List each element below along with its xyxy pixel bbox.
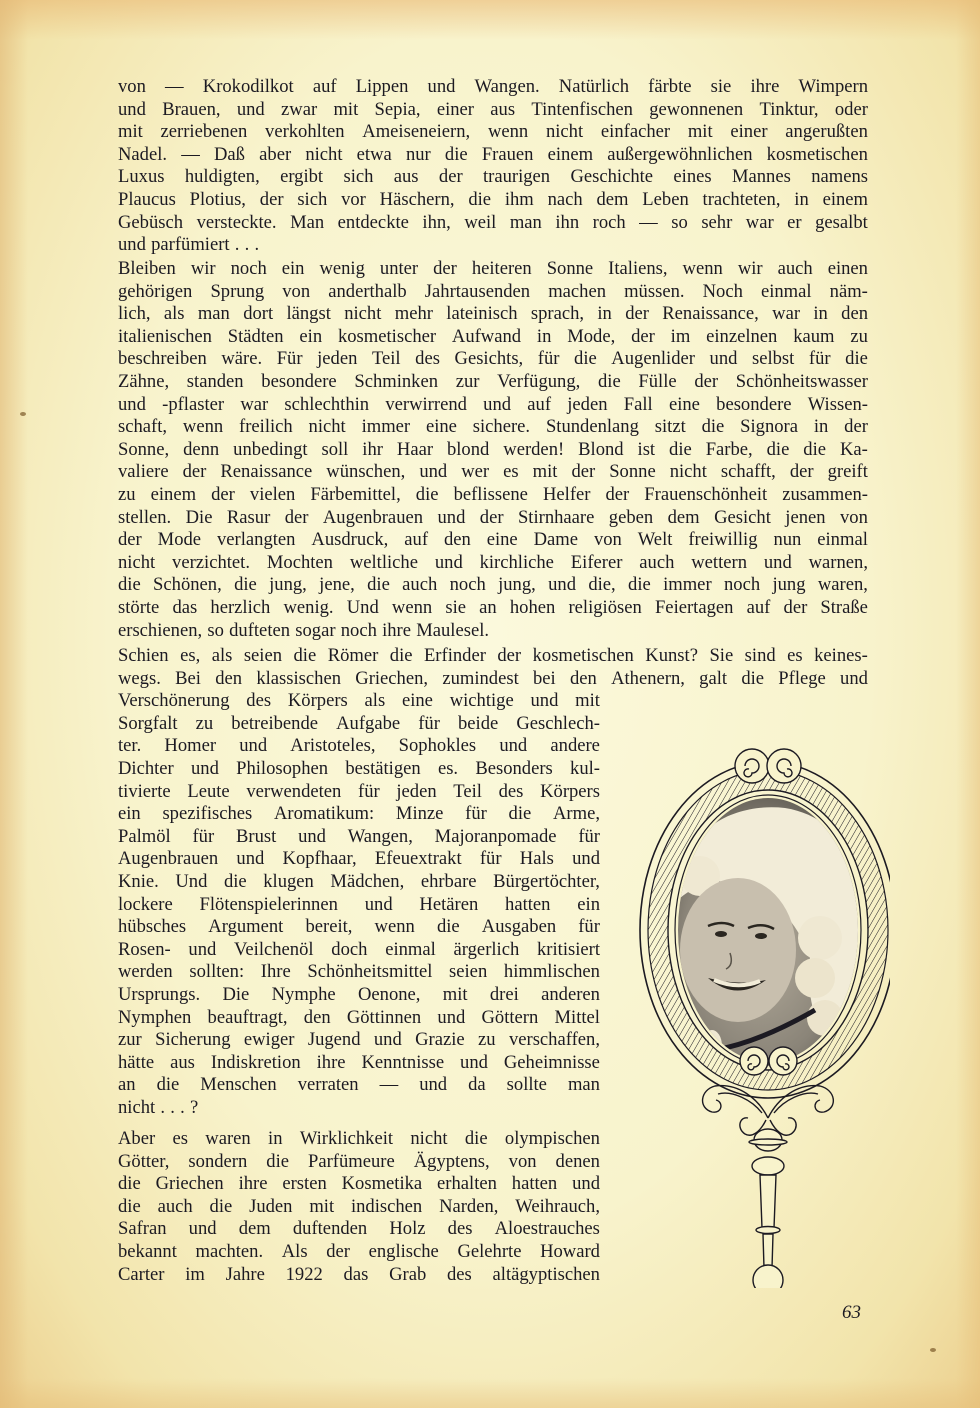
word: sichere. — [473, 416, 530, 439]
word: Carter — [118, 1264, 164, 1287]
word: auch — [158, 1196, 193, 1219]
word: Körpers — [540, 781, 600, 804]
word: Farbe, — [706, 439, 753, 462]
word: Aufgabe — [336, 713, 400, 736]
word: mit — [118, 121, 143, 144]
word: und — [483, 394, 511, 417]
word: roch — [593, 212, 626, 235]
word: noch — [724, 574, 760, 597]
word: Bleiben — [118, 258, 176, 281]
word: jeden — [396, 781, 436, 804]
word: es. — [438, 758, 458, 781]
word: als — [164, 303, 185, 326]
word: zu — [196, 713, 214, 736]
word: sind — [745, 645, 776, 668]
word: Mittel — [555, 1007, 600, 1030]
word: auch — [402, 574, 437, 597]
word: beschreiben — [118, 348, 207, 371]
paper-edge-left — [0, 0, 28, 1408]
word: entdeckte — [338, 212, 409, 235]
word: jung, — [498, 574, 536, 597]
word: Ägyptens, — [414, 1151, 490, 1174]
word: Narden, — [439, 1196, 498, 1219]
word: . — [245, 234, 250, 257]
word: wenig — [319, 258, 364, 281]
word: einem — [823, 189, 868, 212]
word: einzelnen — [706, 326, 777, 349]
word: etwa — [357, 144, 392, 167]
word: von — [840, 507, 868, 530]
word: Sicherung — [155, 1029, 230, 1052]
word: die — [266, 1151, 289, 1174]
word: ärgerlich — [454, 939, 520, 962]
text-line: von—KrokodilkotaufLippenundWangen.Natürl… — [118, 76, 868, 99]
word: Man — [290, 212, 324, 235]
word: Kosmetika — [342, 1173, 423, 1196]
word: es — [172, 1128, 188, 1151]
word: andere — [550, 735, 600, 758]
word: ein — [577, 894, 600, 917]
text-line: mitzerriebenenverkohltenAmeiseneiern,wen… — [118, 121, 868, 144]
word: freiwillig — [688, 529, 757, 552]
word: einfacher — [601, 121, 670, 144]
word: Fall — [624, 394, 653, 417]
word: Krokodilkot — [203, 76, 294, 99]
word: von — [509, 1151, 537, 1174]
text-line: hübschesArgumentbereit,wenndieAusgabenfü… — [118, 916, 600, 939]
word: sich — [343, 166, 373, 189]
word: zerriebenen — [161, 121, 248, 144]
word: Lippen — [356, 76, 409, 99]
word: Zähne, — [118, 371, 169, 394]
word: Körpers — [288, 690, 348, 713]
word: und — [437, 507, 465, 530]
text-line: gehörigenSprungvonanderthalbJahrtausende… — [118, 281, 868, 304]
word: erhalten — [437, 1173, 497, 1196]
word: die — [224, 871, 247, 894]
word: wenn — [375, 916, 415, 939]
word: müssen. — [624, 281, 684, 304]
word: bei — [533, 668, 556, 691]
word: jenen — [785, 507, 825, 530]
word: Sonne, — [118, 439, 169, 462]
word: soll — [321, 439, 348, 462]
word: Grab — [389, 1264, 426, 1287]
word: Mode — [158, 529, 201, 552]
word: Für — [277, 348, 303, 371]
word: Und — [347, 597, 379, 620]
word: sondern — [188, 1151, 247, 1174]
word: Haar — [397, 439, 433, 462]
word: jeden — [317, 348, 357, 371]
word: für — [192, 826, 214, 849]
word: lich, — [118, 303, 151, 326]
word: wir — [738, 258, 763, 281]
word: kul- — [570, 758, 600, 781]
word: Fülle — [638, 371, 676, 394]
word: Tintenfischen — [531, 99, 633, 122]
word: erschienen, — [118, 620, 202, 643]
word: längst — [286, 303, 330, 326]
word: oder — [835, 99, 868, 122]
word: Kunst? — [645, 645, 698, 668]
word: des — [447, 1264, 472, 1287]
word: — — [181, 144, 200, 167]
word: die — [468, 189, 491, 212]
word: gesalbt — [815, 212, 868, 235]
word: Verfügung, — [497, 371, 580, 394]
word: Verschönerung — [118, 690, 230, 713]
word: sprach, — [531, 303, 584, 326]
word: Ausgaben — [482, 916, 556, 939]
word: ein — [118, 803, 141, 826]
text-line: beschreibenwäre.FürjedenTeildesGesichts,… — [118, 348, 868, 371]
word: seien — [244, 645, 282, 668]
word: himmlischen — [504, 961, 600, 984]
word: besondere — [261, 371, 336, 394]
word: Frauen — [482, 144, 534, 167]
word: Als — [282, 1241, 308, 1264]
word: und — [419, 461, 447, 484]
word: anderen — [541, 984, 600, 1007]
text-line: undparfümiert... — [118, 234, 868, 257]
word: Palmöl — [118, 826, 171, 849]
word: die — [390, 645, 413, 668]
word: einmal — [761, 281, 812, 304]
word: hatten — [512, 1173, 557, 1196]
word: und — [460, 1052, 488, 1075]
word: kirchliche — [480, 552, 554, 575]
word: schaft, — [118, 416, 167, 439]
word: ihre — [317, 1052, 346, 1075]
text-line: valierederRenaissancewünschen,undweresmi… — [118, 461, 868, 484]
word: Griechen, — [355, 668, 428, 691]
text-line: dieGriechenihreerstenKosmetikaerhaltenha… — [118, 1173, 600, 1196]
word: die — [767, 439, 790, 462]
word: Sonne — [609, 461, 655, 484]
word: machen — [548, 281, 606, 304]
word: machten. — [195, 1241, 263, 1264]
word: Geschichte — [570, 166, 653, 189]
word: nur — [406, 144, 431, 167]
word: ihre — [750, 76, 779, 99]
word: auch — [639, 552, 674, 575]
word: Göttinnen — [347, 1007, 421, 1030]
word: war — [240, 394, 268, 417]
word: spezifisches — [162, 803, 252, 826]
word: duftenden — [293, 1218, 367, 1241]
word: Färbemittel, — [310, 484, 400, 507]
word: die — [574, 348, 597, 371]
word: sollte — [507, 1074, 547, 1097]
word: wäre. — [221, 348, 262, 371]
word: valiere — [118, 461, 169, 484]
word: Teil — [372, 348, 401, 371]
word: verkohlten — [265, 121, 345, 144]
word: zur — [456, 371, 480, 394]
word: und — [374, 1029, 402, 1052]
word: mit — [688, 121, 713, 144]
word: und — [428, 76, 456, 99]
word: selbst — [752, 348, 794, 371]
word: eines — [673, 166, 711, 189]
word: eine — [669, 394, 700, 417]
word: Wangen, — [348, 826, 413, 849]
word: eine — [402, 690, 433, 713]
text-line: werdensollten:IhreSchönheitsmittelseienh… — [118, 961, 600, 984]
word: Feiertagen — [655, 597, 733, 620]
word: und — [298, 826, 326, 849]
word: mit — [443, 984, 468, 1007]
text-line: PlaucusPlotius,dersichvorHäschern,dieihm… — [118, 189, 868, 212]
word: indischen — [351, 1196, 422, 1219]
word: galt — [699, 668, 727, 691]
paper-smudge — [930, 1348, 936, 1352]
word: als — [365, 690, 386, 713]
word: und — [419, 1074, 447, 1097]
word: und — [530, 690, 558, 713]
word: nicht — [118, 552, 155, 575]
text-line: Nadel.—DaßabernichtetwanurdieFraueneinem… — [118, 144, 868, 167]
word: Grazie — [415, 1029, 465, 1052]
word: noch — [231, 258, 267, 281]
text-line: SafranunddemduftendenHolzdesAloestrauche… — [118, 1218, 600, 1241]
word: Veilchenöl — [234, 939, 314, 962]
word: und — [237, 99, 265, 122]
word: religiösen — [568, 597, 641, 620]
word: sehr — [701, 212, 732, 235]
word: die — [118, 1196, 141, 1219]
word: den — [215, 668, 242, 691]
word: schafft, — [721, 461, 776, 484]
word: der — [480, 507, 504, 530]
word: zu — [478, 1029, 496, 1052]
word: Holz — [389, 1218, 425, 1241]
word: Jahre — [226, 1264, 265, 1287]
word: zusammen- — [782, 484, 868, 507]
paper-edge-bottom — [0, 1378, 980, 1408]
word: Maulesel. — [416, 620, 489, 643]
word: und — [118, 394, 146, 417]
word: ihm — [505, 189, 534, 212]
word: und — [188, 939, 216, 962]
word: zu — [850, 326, 868, 349]
word: nicht — [305, 144, 342, 167]
word: von — [282, 281, 310, 304]
word: des — [415, 348, 440, 371]
word: für — [418, 713, 440, 736]
word: klassischen — [256, 668, 341, 691]
text-line: derModeverlangtenAusdruck,aufdeneineDame… — [118, 529, 868, 552]
word: in — [813, 303, 827, 326]
word: Schönheitsmittel — [307, 961, 432, 984]
word: Wirklichkeit — [300, 1128, 393, 1151]
word: auf — [313, 76, 337, 99]
word: wenn — [488, 121, 528, 144]
word: Hals — [520, 848, 554, 871]
word: Die — [222, 984, 249, 1007]
word: auf — [747, 597, 771, 620]
word: Welt — [638, 529, 673, 552]
word: lateinisch — [446, 303, 517, 326]
word: ? — [190, 1097, 198, 1120]
text-line: Götter,sonderndieParfümeureÄgyptens,vond… — [118, 1151, 600, 1174]
word: und — [236, 848, 264, 871]
word: des — [499, 781, 524, 804]
word: namens — [811, 166, 868, 189]
word: verzichtet. — [172, 552, 250, 575]
text-line: SorgfaltzubetreibendeAufgabefürbeideGesc… — [118, 713, 600, 736]
word: der — [606, 484, 630, 507]
word: die — [628, 574, 651, 597]
word: Nymphe — [272, 984, 336, 1007]
word: Pflege — [778, 668, 826, 691]
word: nicht — [309, 416, 346, 439]
text-line: zurSicherungewigerJugendundGraziezuversc… — [118, 1029, 600, 1052]
word: die — [210, 1196, 233, 1219]
word: einen — [828, 258, 868, 281]
word: Schönheitswasser — [736, 371, 868, 394]
text-line: VerschönerungdesKörpersalseinewichtigeun… — [118, 690, 600, 713]
word: für — [809, 348, 831, 371]
word: in — [794, 189, 808, 212]
word: ihre — [239, 1173, 268, 1196]
word: Homer — [164, 735, 216, 758]
word: Sie — [709, 645, 733, 668]
word: drei — [490, 984, 519, 1007]
word: Nadel. — [118, 144, 167, 167]
word: die — [118, 1173, 141, 1196]
word: — — [165, 76, 184, 99]
word: der — [439, 166, 463, 189]
word: gehörigen — [118, 281, 192, 304]
word: ihre — [382, 620, 411, 643]
word: Straße — [820, 597, 868, 620]
word: auch — [778, 258, 813, 281]
word: gewonnenen — [649, 99, 743, 122]
word: Oenone, — [358, 984, 420, 1007]
word: wünschen, — [326, 461, 405, 484]
word: mit — [575, 690, 600, 713]
word: einmal — [817, 529, 868, 552]
word: versteckte. — [197, 212, 277, 235]
word: unter — [380, 258, 418, 281]
word: heiteren — [472, 258, 532, 281]
text-line: und-pflasterwarschlechthinverwirrendunda… — [118, 394, 868, 417]
word: und — [572, 1173, 600, 1196]
text-line: erschienen,soduftetensogarnochihreMaules… — [118, 620, 868, 643]
word: vor — [341, 189, 366, 212]
word: Nymphen — [118, 1007, 191, 1030]
word: sie — [445, 597, 466, 620]
word: Leben — [642, 189, 688, 212]
word: mit — [333, 99, 358, 122]
word: herzlich — [210, 597, 270, 620]
word: verwirrend — [385, 394, 467, 417]
word: die — [416, 484, 439, 507]
text-line: Sonne,dennunbedingtsollihrHaarblondwerde… — [118, 439, 868, 462]
word: in — [597, 303, 611, 326]
word: verschaffen, — [509, 1029, 600, 1052]
word: anderthalb — [328, 281, 406, 304]
text-line: AugenbrauenundKopfhaar,EfeuextraktfürHal… — [118, 848, 600, 871]
word: im — [671, 326, 691, 349]
word: altägyptischen — [493, 1264, 600, 1287]
word: so — [671, 212, 688, 235]
word: Minze — [396, 803, 444, 826]
text-line: PalmölfürBrustundWangen,Majoranpomadefür — [118, 826, 600, 849]
word: . — [180, 1097, 185, 1120]
word: einem — [548, 144, 593, 167]
word: sogar — [295, 620, 335, 643]
word: jung, — [269, 574, 307, 597]
word: kritisiert — [537, 939, 600, 962]
word: Flötenspielerinnen — [200, 894, 338, 917]
word: olympischen — [505, 1128, 600, 1151]
word: Italiens, — [608, 258, 667, 281]
word: . — [255, 234, 260, 257]
word: man — [568, 1074, 600, 1097]
word: klugen — [263, 871, 314, 894]
word: wenig. — [283, 597, 333, 620]
word: Noch — [703, 281, 743, 304]
word: waren — [205, 1128, 250, 1151]
word: Natürlich — [559, 76, 629, 99]
word: zumindest — [442, 668, 518, 691]
word: die — [118, 574, 141, 597]
word: Mode, — [567, 326, 615, 349]
word: kosmetischer — [338, 326, 436, 349]
text-line: Rosen-undVeilchenöldocheinmalärgerlichkr… — [118, 939, 600, 962]
word: wenn — [392, 597, 432, 620]
word: den — [841, 303, 868, 326]
text-line: Zähne,standenbesondereSchminkenzurVerfüg… — [118, 371, 868, 394]
word: nicht — [344, 303, 381, 326]
word: es — [787, 645, 803, 668]
word: und — [840, 668, 868, 691]
word: der — [211, 484, 235, 507]
word: angerußten — [785, 121, 868, 144]
word: störte — [118, 597, 159, 620]
word: für — [465, 803, 487, 826]
word: hohen — [510, 597, 555, 620]
mirror-handle-arms — [703, 1086, 834, 1136]
word: für — [538, 348, 560, 371]
word: und — [548, 574, 576, 597]
paper-smudge — [20, 412, 26, 416]
text-line: dieSchönen,diejung,jene,dieauchnochjung,… — [118, 574, 868, 597]
word: Die — [186, 507, 213, 530]
text-line: Ursprungs.DieNympheOenone,mitdreianderen — [118, 984, 600, 1007]
text-line: Schienes,alsseiendieRömerdieErfinderderk… — [118, 645, 868, 668]
word: und — [191, 758, 219, 781]
word: mehr — [395, 303, 433, 326]
word: der — [790, 461, 814, 484]
text-line: undBrauen,undzwarmitSepia,einerausTinten… — [118, 99, 868, 122]
word: auf — [404, 529, 428, 552]
word: in — [814, 416, 828, 439]
word: die — [157, 1074, 180, 1097]
word: der — [844, 416, 868, 439]
word: immer — [663, 574, 712, 597]
word: Sepia, — [375, 99, 421, 122]
word: außergewöhnlichen — [607, 144, 752, 167]
word: Wissen- — [808, 394, 868, 417]
text-line: nicht...? — [118, 1097, 600, 1120]
word: Städten — [228, 326, 284, 349]
word: nicht — [546, 121, 583, 144]
word: in — [268, 1128, 282, 1151]
